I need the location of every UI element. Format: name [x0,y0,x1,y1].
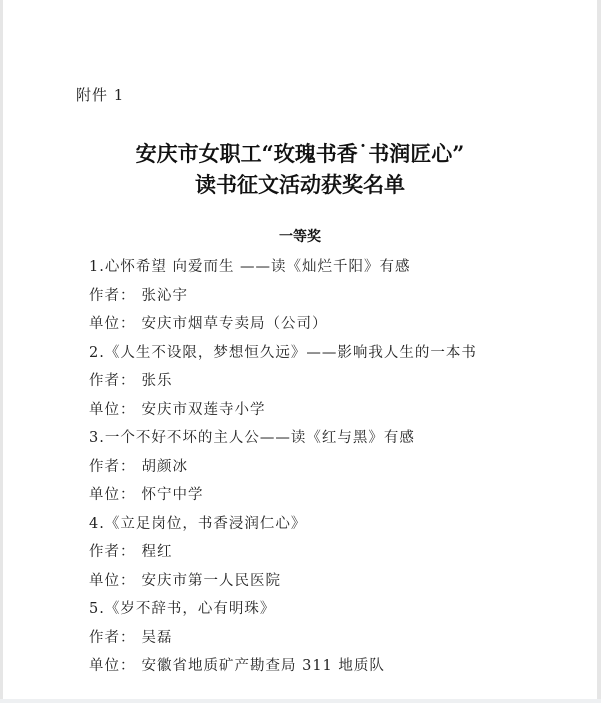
author-name: 程红 [142,544,173,560]
entry-title: 5.《岁不辞书，心有明珠》 [89,595,477,624]
author-name: 胡颜冰 [142,459,189,475]
unit-label: 单位： [89,487,136,503]
unit-label: 单位： [89,573,136,589]
prize-level-heading: 一等奖 [3,226,597,246]
entry-author: 作者：张乐 [89,367,477,396]
entry-unit: 单位：怀宁中学 [89,481,477,510]
document-title-line2: 读书征文活动获奖名单 [3,169,597,199]
unit-label: 单位： [89,316,136,332]
author-label: 作者： [89,288,136,304]
entry-author: 作者：吴磊 [89,624,477,653]
author-label: 作者： [89,459,136,475]
author-name: 张乐 [142,373,173,389]
unit-name: 安庆市第一人民医院 [142,573,282,589]
author-label: 作者： [89,373,136,389]
entry-unit: 单位：安庆市双莲寺小学 [89,396,477,425]
entry-title: 2.《人生不设限，梦想恒久远》——影响我人生的一本书 [89,339,477,368]
entry-title: 1.心怀希望 向爱而生 ——读《灿烂千阳》有感 [89,253,477,282]
unit-name: 怀宁中学 [142,487,204,503]
annex-label: 附件 1 [76,84,124,105]
unit-label: 单位： [89,402,136,418]
entry-author: 作者：程红 [89,538,477,567]
entry-unit: 单位：安庆市第一人民医院 [89,567,477,596]
award-list: 1.心怀希望 向爱而生 ——读《灿烂千阳》有感 作者：张沁宇 单位：安庆市烟草专… [89,253,477,681]
unit-name: 安徽省地质矿产勘查局 311 地质队 [142,658,385,674]
unit-name: 安庆市双莲寺小学 [142,402,266,418]
document-title-line1: 安庆市女职工“玫瑰书香˙书润匠心” [3,138,597,168]
unit-name: 安庆市烟草专卖局（公司） [142,316,328,332]
entry-unit: 单位：安庆市烟草专卖局（公司） [89,310,477,339]
entry-title: 4.《立足岗位，书香浸润仁心》 [89,510,477,539]
entry-author: 作者：胡颜冰 [89,453,477,482]
entry-author: 作者：张沁宇 [89,282,477,311]
document-page: 附件 1 安庆市女职工“玫瑰书香˙书润匠心” 读书征文活动获奖名单 一等奖 1.… [3,0,597,699]
entry-unit: 单位：安徽省地质矿产勘查局 311 地质队 [89,652,477,681]
viewer-bottom-edge [0,699,601,703]
author-name: 吴磊 [142,630,173,646]
entry-title: 3.一个不好不坏的主人公——读《红与黑》有感 [89,424,477,453]
unit-label: 单位： [89,658,136,674]
author-name: 张沁宇 [142,288,189,304]
author-label: 作者： [89,630,136,646]
author-label: 作者： [89,544,136,560]
